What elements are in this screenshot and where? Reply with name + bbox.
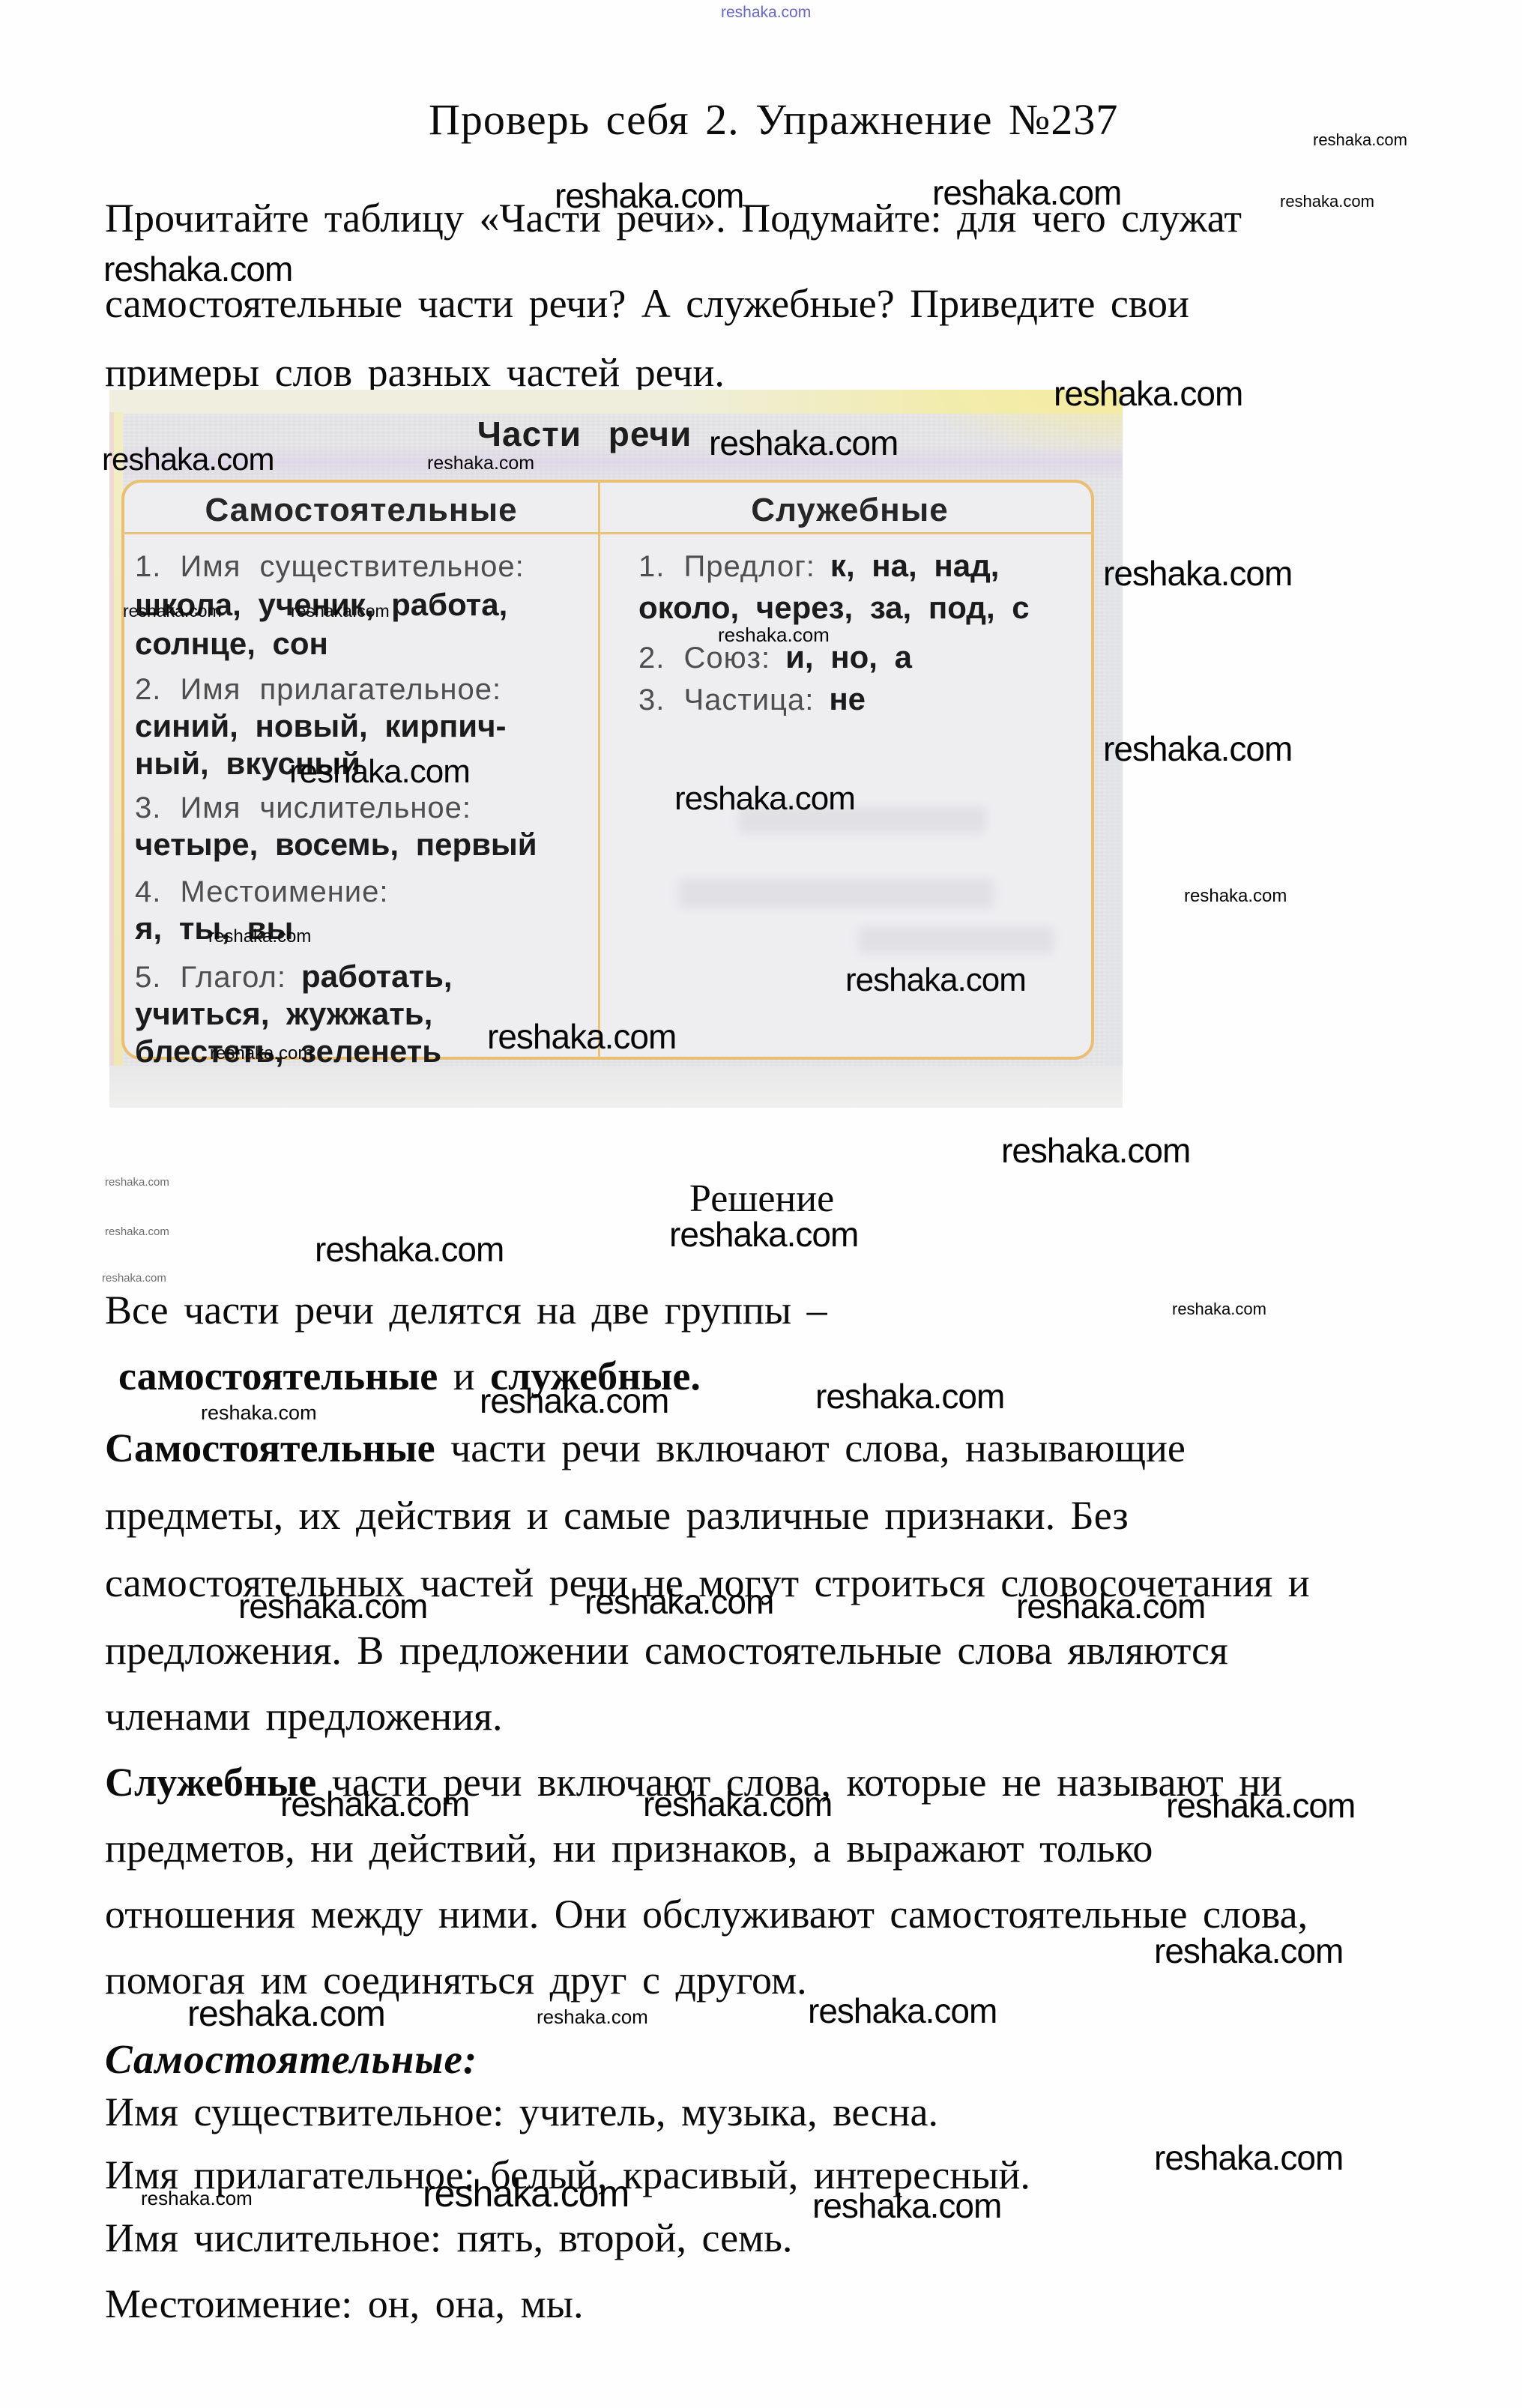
watermark: reshaka.com — [1001, 1133, 1190, 1168]
solution-line: отношения между ними. Они обслуживают са… — [105, 1892, 1308, 1937]
text: части речи включают слова, называющие — [435, 1425, 1186, 1470]
watermark: reshaka.com — [1184, 887, 1287, 905]
watermark: reshaka.com — [845, 964, 1026, 997]
table-row: 1. Имя существительное: — [135, 550, 525, 582]
row-label: 2. Союз: — [638, 642, 770, 675]
table-row: учиться, жужжать, — [135, 998, 432, 1030]
table-row: 3. Частица:не — [638, 684, 866, 715]
scan-artifact — [859, 926, 1054, 953]
watermark: reshaka.com — [1016, 1589, 1205, 1623]
solution-line: членами предложения. — [105, 1694, 502, 1739]
row-label: 4. Местоимение: — [135, 875, 389, 908]
table-row: солнце, сон — [135, 628, 328, 660]
row-examples: четыре, восемь, первый — [135, 827, 537, 862]
watermark: reshaka.com — [537, 2007, 648, 2027]
table-title: Части речи — [477, 414, 692, 454]
solution-example-line: Местоимение: он, она, мы. — [105, 2281, 584, 2326]
watermark: reshaka.com — [103, 252, 292, 286]
table-row: около, через, за, под, с — [638, 592, 1030, 624]
watermark: reshaka.com — [210, 1045, 312, 1063]
scan-artifact — [109, 1066, 1123, 1108]
row-label: 1. Имя существительное: — [135, 550, 525, 583]
solution-example-line: Имя числительное: пять, второй, семь. — [105, 2215, 792, 2260]
scan-artifact — [679, 878, 994, 908]
solution-example-line: Имя существительное: учитель, музыка, ве… — [105, 2089, 938, 2134]
watermark: reshaka.com — [201, 1403, 317, 1423]
watermark: reshaka.com — [932, 175, 1121, 210]
watermark: reshaka.com — [1172, 1301, 1266, 1318]
row-examples: учиться, жужжать, — [135, 996, 432, 1031]
bold-term: Самостоятельные — [105, 1425, 435, 1470]
scan-artifact — [109, 412, 114, 1094]
watermark: reshaka.com — [208, 928, 311, 946]
watermark: reshaka.com — [427, 454, 534, 473]
row-examples: работать, — [301, 959, 453, 994]
table-row: 4. Местоимение: — [135, 875, 389, 907]
watermark: reshaka.com — [718, 625, 830, 645]
table-header-rule — [123, 532, 1094, 534]
row-label: 5. Глагол: — [135, 961, 286, 994]
table-row: 5. Глагол:работать, — [135, 961, 453, 992]
watermark: reshaka.com — [123, 603, 222, 620]
watermark: reshaka.com — [487, 1019, 676, 1054]
watermark: reshaka.com — [709, 426, 898, 460]
table-column-divider — [598, 481, 600, 1058]
watermark: reshaka.com — [102, 1273, 166, 1284]
watermark: reshaka.com — [815, 1379, 1004, 1413]
table-row: 3. Имя числительное: — [135, 791, 471, 823]
solution-line: Все части речи делятся на две группы – — [105, 1288, 827, 1333]
table-row: 1. Предлог:к, на, над, — [638, 550, 999, 582]
solution-line: предметы, их действия и самые различные … — [105, 1493, 1129, 1538]
row-label: 1. Предлог: — [638, 550, 815, 583]
solution-subheading: Самостоятельные: — [105, 2036, 477, 2083]
watermark: reshaka.com — [1313, 132, 1407, 148]
watermark: reshaka.com — [141, 2188, 253, 2208]
table-row: четыре, восемь, первый — [135, 829, 537, 860]
table-row: синий, новый, кирпич- — [135, 710, 506, 742]
watermark: reshaka.com — [1154, 2140, 1343, 2175]
bold-term: самостоятельные — [118, 1354, 438, 1398]
row-examples: синий, новый, кирпич- — [135, 708, 506, 743]
textbook-scan-image: Части речи Самостоятельные Служебные 1. … — [109, 390, 1123, 1108]
page: Проверь себя 2. Упражнение №237 Прочитай… — [0, 0, 1522, 2408]
watermark: reshaka.com — [102, 444, 274, 475]
watermark: reshaka.com — [669, 1217, 858, 1252]
watermark: reshaka.com — [480, 1383, 668, 1418]
watermark: reshaka.com — [289, 755, 470, 788]
watermark: reshaka.com — [674, 782, 855, 815]
watermark: reshaka.com — [105, 1226, 169, 1237]
task-line: примеры слов разных частей речи. — [105, 351, 725, 395]
watermark: reshaka.com — [721, 4, 811, 20]
watermark: reshaka.com — [1166, 1788, 1355, 1823]
solution-line: предметов, ни действий, ни признаков, а … — [105, 1826, 1153, 1871]
watermark: reshaka.com — [187, 1997, 385, 2033]
watermark: reshaka.com — [1054, 376, 1242, 411]
watermark: reshaka.com — [555, 178, 743, 213]
watermark: reshaka.com — [1154, 1934, 1343, 1968]
watermark: reshaka.com — [423, 2175, 629, 2212]
watermark: reshaka.com — [808, 1994, 997, 2028]
watermark: reshaka.com — [238, 1589, 427, 1623]
page-title: Проверь себя 2. Упражнение №237 — [429, 96, 1118, 144]
table-row: 2. Имя прилагательное: — [135, 673, 501, 704]
row-label: 3. Частица: — [638, 684, 814, 716]
watermark: reshaka.com — [812, 2188, 1001, 2223]
watermark: reshaka.com — [585, 1584, 773, 1619]
watermark: reshaka.com — [291, 603, 390, 620]
table-row: 2. Союз:и, но, а — [638, 642, 912, 673]
column-header-independent: Самостоятельные — [205, 492, 517, 529]
solution-line: предложения. В предложении самостоятельн… — [105, 1628, 1228, 1673]
watermark: reshaka.com — [105, 1177, 169, 1188]
solution-line: Самостоятельные части речи включают слов… — [105, 1425, 1186, 1470]
watermark: reshaka.com — [1103, 556, 1292, 591]
watermark: reshaka.com — [280, 1787, 469, 1821]
row-examples: около, через, за, под, с — [638, 590, 1030, 625]
watermark: reshaka.com — [315, 1232, 504, 1267]
row-examples: не — [829, 681, 866, 716]
row-label: 3. Имя числительное: — [135, 791, 471, 824]
watermark: reshaka.com — [643, 1787, 832, 1821]
watermark: reshaka.com — [1103, 731, 1292, 766]
row-examples: к, на, над, — [830, 548, 999, 583]
row-label: 2. Имя прилагательное: — [135, 673, 501, 706]
column-header-service: Служебные — [751, 492, 948, 529]
row-examples: солнце, сон — [135, 626, 328, 661]
watermark: reshaka.com — [1280, 193, 1374, 210]
